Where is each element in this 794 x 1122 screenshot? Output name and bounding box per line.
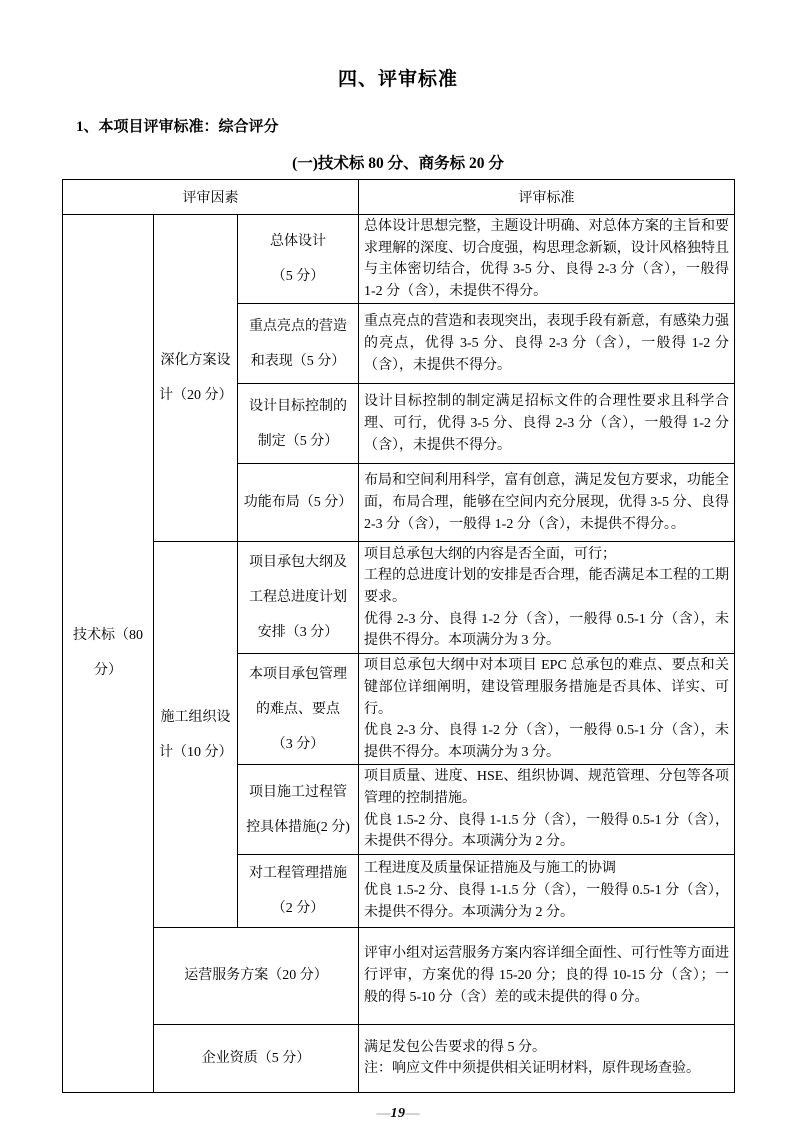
factor-item-cell-design-target: 设计目标控制的制定（5 分） [238,384,359,464]
page-number-dash-right: — [406,1106,420,1121]
table-header-row: 评审因素 评审标准 [63,180,735,215]
factor-item-cell-highlights: 重点亮点的营造和表现（5 分） [238,304,359,384]
factor-item-cell-process-control: 项目施工过程管控具体措施(2 分) [238,765,359,854]
table-row: 企业资质（5 分） 满足发包公告要求的得 5 分。注：响应文件中须提供相关证明材… [63,1024,735,1092]
criteria-cell-management-difficulties: 项目总承包大纲中对本项目 EPC 总承包的难点、要点和关键部位详细阐明，建设管理… [359,654,735,765]
page-number: —19— [62,1106,734,1122]
criteria-cell-process-control: 项目质量、进度、HSE、组织协调、规范管理、分包等各项管理的控制措施。优良 1.… [359,765,735,854]
criteria-cell-enterprise-qualification: 满足发包公告要求的得 5 分。注：响应文件中须提供相关证明材料，原件现场查验。 [359,1024,735,1092]
table-row: 运营服务方案（20 分） 评审小组对运营服务方案内容详细全面性、可行性等方面进行… [63,927,735,1024]
evaluation-criteria-table: 评审因素 评审标准 技术标（80分） 深化方案设计（20 分） 总体设计（5 分… [62,179,735,1093]
factor-item-cell-management-difficulties: 本项目承包管理的难点、要点（3 分） [238,654,359,765]
factor-item-cell-enterprise-qualification: 企业资质（5 分） [154,1024,359,1092]
factor-item-cell-functional-layout: 功能布局（5 分） [238,464,359,542]
factor-item-cell-contract-outline: 项目承包大纲及工程总进度计划安排（3 分） [238,542,359,654]
deepen-design-group-cell: 深化方案设计（20 分） [154,215,238,542]
table-caption: (一)技术标 80 分、商务标 20 分 [62,151,734,173]
header-factors-cell: 评审因素 [63,180,359,215]
table-row: 施工组织设计（10 分） 项目承包大纲及工程总进度计划安排（3 分） 项目总承包… [63,542,735,654]
section-heading: 1、本项目评审标准：综合评分 [76,115,734,136]
header-criteria-cell: 评审标准 [359,180,735,215]
page-number-value: 19 [391,1106,406,1121]
criteria-cell-operation-service: 评审小组对运营服务方案内容详细全面性、可行性等方面进行评审，方案优的得 15-2… [359,927,735,1024]
criteria-cell-project-management: 工程进度及质量保证措施及与施工的协调优良 1.5-2 分、良得 1-1.5 分（… [359,854,735,927]
factor-item-cell-overall-design: 总体设计（5 分） [238,215,359,304]
criteria-cell-design-target: 设计目标控制的制定满足招标文件的合理性要求且科学合理、可行，优得 3-5 分、良… [359,384,735,464]
tech-bid-group-cell: 技术标（80分） [63,215,154,1093]
factor-item-cell-project-management: 对工程管理措施（2 分） [238,854,359,927]
document-page: 四、评审标准 1、本项目评审标准：综合评分 (一)技术标 80 分、商务标 20… [0,0,794,1122]
page-title: 四、评审标准 [62,60,734,91]
construction-org-group-cell: 施工组织设计（10 分） [154,542,238,927]
criteria-cell-contract-outline: 项目总承包大纲的内容是否全面，可行；工程的总进度计划的安排是否合理，能否满足本工… [359,542,735,654]
criteria-cell-functional-layout: 布局和空间利用科学，富有创意，满足发包方要求，功能全面，布局合理，能够在空间内充… [359,464,735,542]
criteria-cell-overall-design: 总体设计思想完整，主题设计明确、对总体方案的主旨和要求理解的深度、切合度强，构思… [359,215,735,304]
factor-item-cell-operation-service: 运营服务方案（20 分） [154,927,359,1024]
table-row: 技术标（80分） 深化方案设计（20 分） 总体设计（5 分） 总体设计思想完整… [63,215,735,304]
criteria-cell-highlights: 重点亮点的营造和表现突出，表现手段有新意，有感染力强的亮点，优得 3-5 分、良… [359,304,735,384]
page-number-dash-left: — [377,1106,391,1121]
